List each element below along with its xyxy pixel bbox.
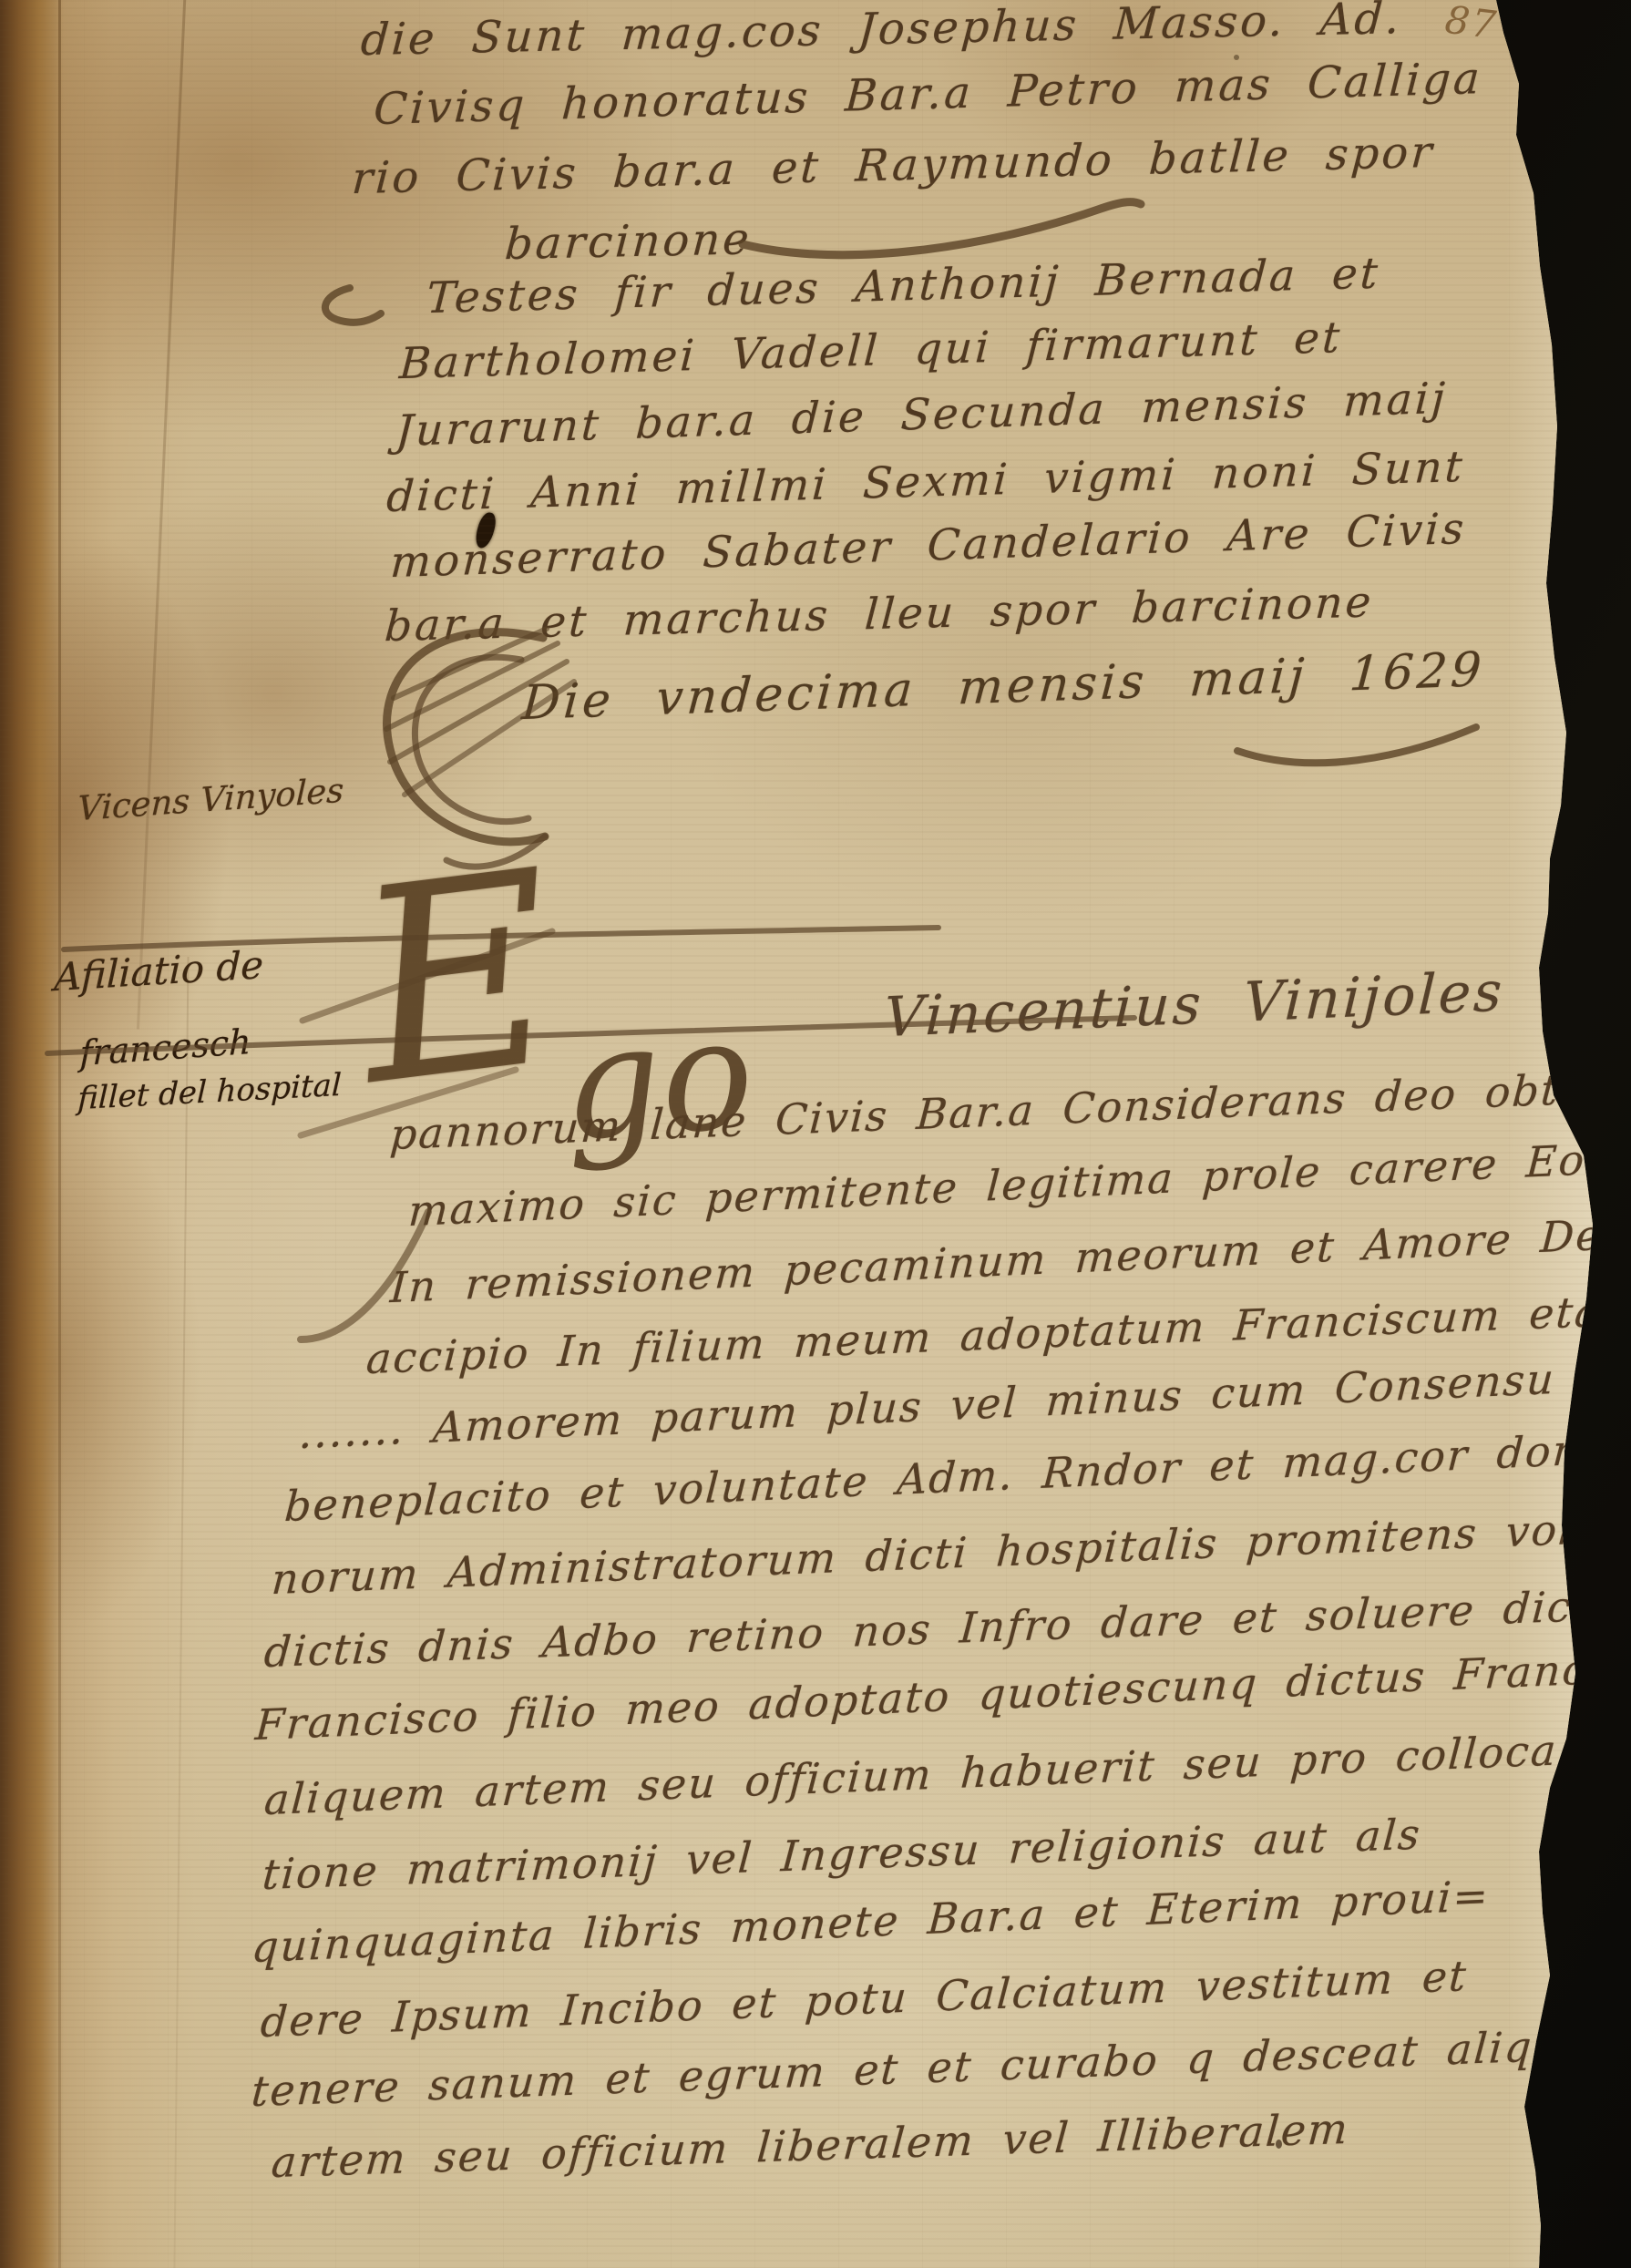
- header-entry-line: barcinone: [503, 213, 753, 270]
- date-underline-flourish: [1237, 727, 1476, 763]
- fold-crease: [137, 0, 187, 1029]
- date-bracket-flourish: [387, 632, 545, 842]
- paragraph-mark: [325, 288, 381, 323]
- decorated-initial: E: [344, 835, 569, 1123]
- margin-rubric-line: Afiliatio de: [54, 942, 264, 1000]
- date-bracket-flourish: [415, 657, 528, 821]
- margin-rubric-line: francesch: [79, 1021, 251, 1073]
- photograph-background: 87 die Sunt mag.cos Josephus Masso. Ad. …: [0, 0, 1631, 2268]
- witness-line: bar.a et marchus lleu spor barcinone: [384, 577, 1376, 652]
- torn-edge-highlight: [1505, 0, 1605, 2268]
- margin-name-note: Vicens Vinyoles: [77, 771, 344, 829]
- paper-speck: [1276, 2140, 1282, 2149]
- underline-flourish: [743, 202, 1141, 255]
- margin-rubric-line: fillet del hospital: [77, 1067, 343, 1117]
- header-entry-line: Civisq honoratus Bar.a Petro mas Calliga: [373, 53, 1484, 135]
- binding-edge: [0, 0, 64, 2268]
- header-entry-line: rio Civis bar.a et Raymundo batlle spor: [350, 127, 1436, 204]
- folio-number: 87: [1442, 0, 1500, 47]
- witness-line: Bartholomei Vadell qui firmarunt et: [398, 313, 1344, 389]
- body-line: artem seu officium liberalem vel Illiber…: [270, 2104, 1351, 2187]
- paper-speck: [1234, 55, 1239, 60]
- date-line: Die vndecima mensis maij 1629: [520, 642, 1487, 731]
- header-entry-line: die Sunt mag.cos Josephus Masso. Ad.: [359, 0, 1403, 66]
- witness-line: Jurarunt bar.a die Secunda mensis maij: [395, 374, 1449, 457]
- fold-crease: [58, 0, 61, 2268]
- fold-crease: [173, 957, 189, 2268]
- manuscript-page: 87 die Sunt mag.cos Josephus Masso. Ad. …: [0, 0, 1631, 2268]
